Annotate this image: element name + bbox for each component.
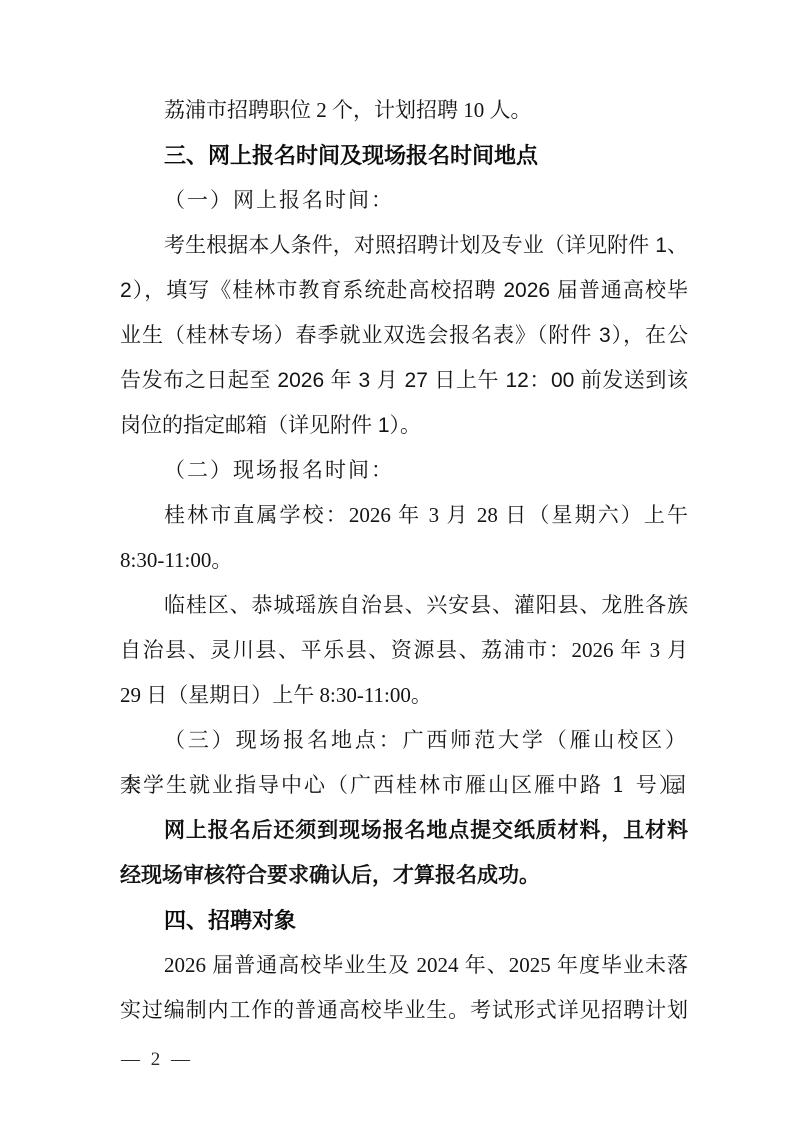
document-page: 荔浦市招聘职位 2 个，计划招聘 10 人。 三、网上报名时间及现场报名时间地点… [0, 0, 800, 1131]
doc-line-lipu-summary: 荔浦市招聘职位 2 个，计划招聘 10 人。 [120, 88, 688, 133]
para-online-reg-line-3: 业生（桂林专场）春季就业双选会报名表》（附件 3），在公 [120, 313, 688, 358]
para-recruit-target-line-2: 实过编制内工作的普通高校毕业生。考试形式详见招聘计划 [120, 988, 688, 1033]
page-number: — 2 — [121, 1045, 193, 1075]
para-municipal-schools-line-1: 桂林市直属学校：2026 年 3 月 28 日（星期六）上午 [120, 493, 688, 538]
para-online-reg-line-5: 岗位的指定邮箱（详见附件 1）。 [120, 403, 688, 448]
para-online-reg-line-1: 考生根据本人条件，对照招聘计划及专业（详见附件 1、 [120, 223, 688, 268]
para-recruit-target-line-1: 2026 届普通高校毕业生及 2024 年、2025 年度毕业未落 [120, 943, 688, 988]
para-onsite-location-line-2: 大学生就业指导中心（广西桂林市雁山区雁中路 1 号）。 [120, 763, 688, 808]
subheading-3-2: （二）现场报名时间： [120, 448, 688, 493]
para-counties-line-3: 29 日（星期日）上午 8:30-11:00。 [120, 673, 688, 718]
para-counties-line-1: 临桂区、恭城瑶族自治县、兴安县、灌阳县、龙胜各族 [120, 583, 688, 628]
document-body: 荔浦市招聘职位 2 个，计划招聘 10 人。 三、网上报名时间及现场报名时间地点… [120, 88, 688, 1033]
para-onsite-location-line-1: （三）现场报名地点：广西师范大学（雁山校区）李园 [120, 718, 688, 763]
para-online-reg-line-4: 告发布之日起至 2026 年 3 月 27 日上午 12：00 前发送到该 [120, 358, 688, 403]
para-municipal-schools-line-2: 8:30-11:00。 [120, 538, 688, 583]
subheading-3-1: （一）网上报名时间： [120, 178, 688, 223]
para-online-reg-line-2: 2），填写《桂林市教育系统赴高校招聘 2026 届普通高校毕 [120, 268, 688, 313]
para-onsite-requirement-line-2: 经现场审核符合要求确认后，才算报名成功。 [120, 853, 688, 898]
section-heading-3: 三、网上报名时间及现场报名时间地点 [120, 133, 688, 178]
section-heading-4: 四、招聘对象 [120, 898, 688, 943]
para-onsite-requirement-line-1: 网上报名后还须到现场报名地点提交纸质材料，且材料 [120, 808, 688, 853]
para-counties-line-2: 自治县、灵川县、平乐县、资源县、荔浦市：2026 年 3 月 [120, 628, 688, 673]
